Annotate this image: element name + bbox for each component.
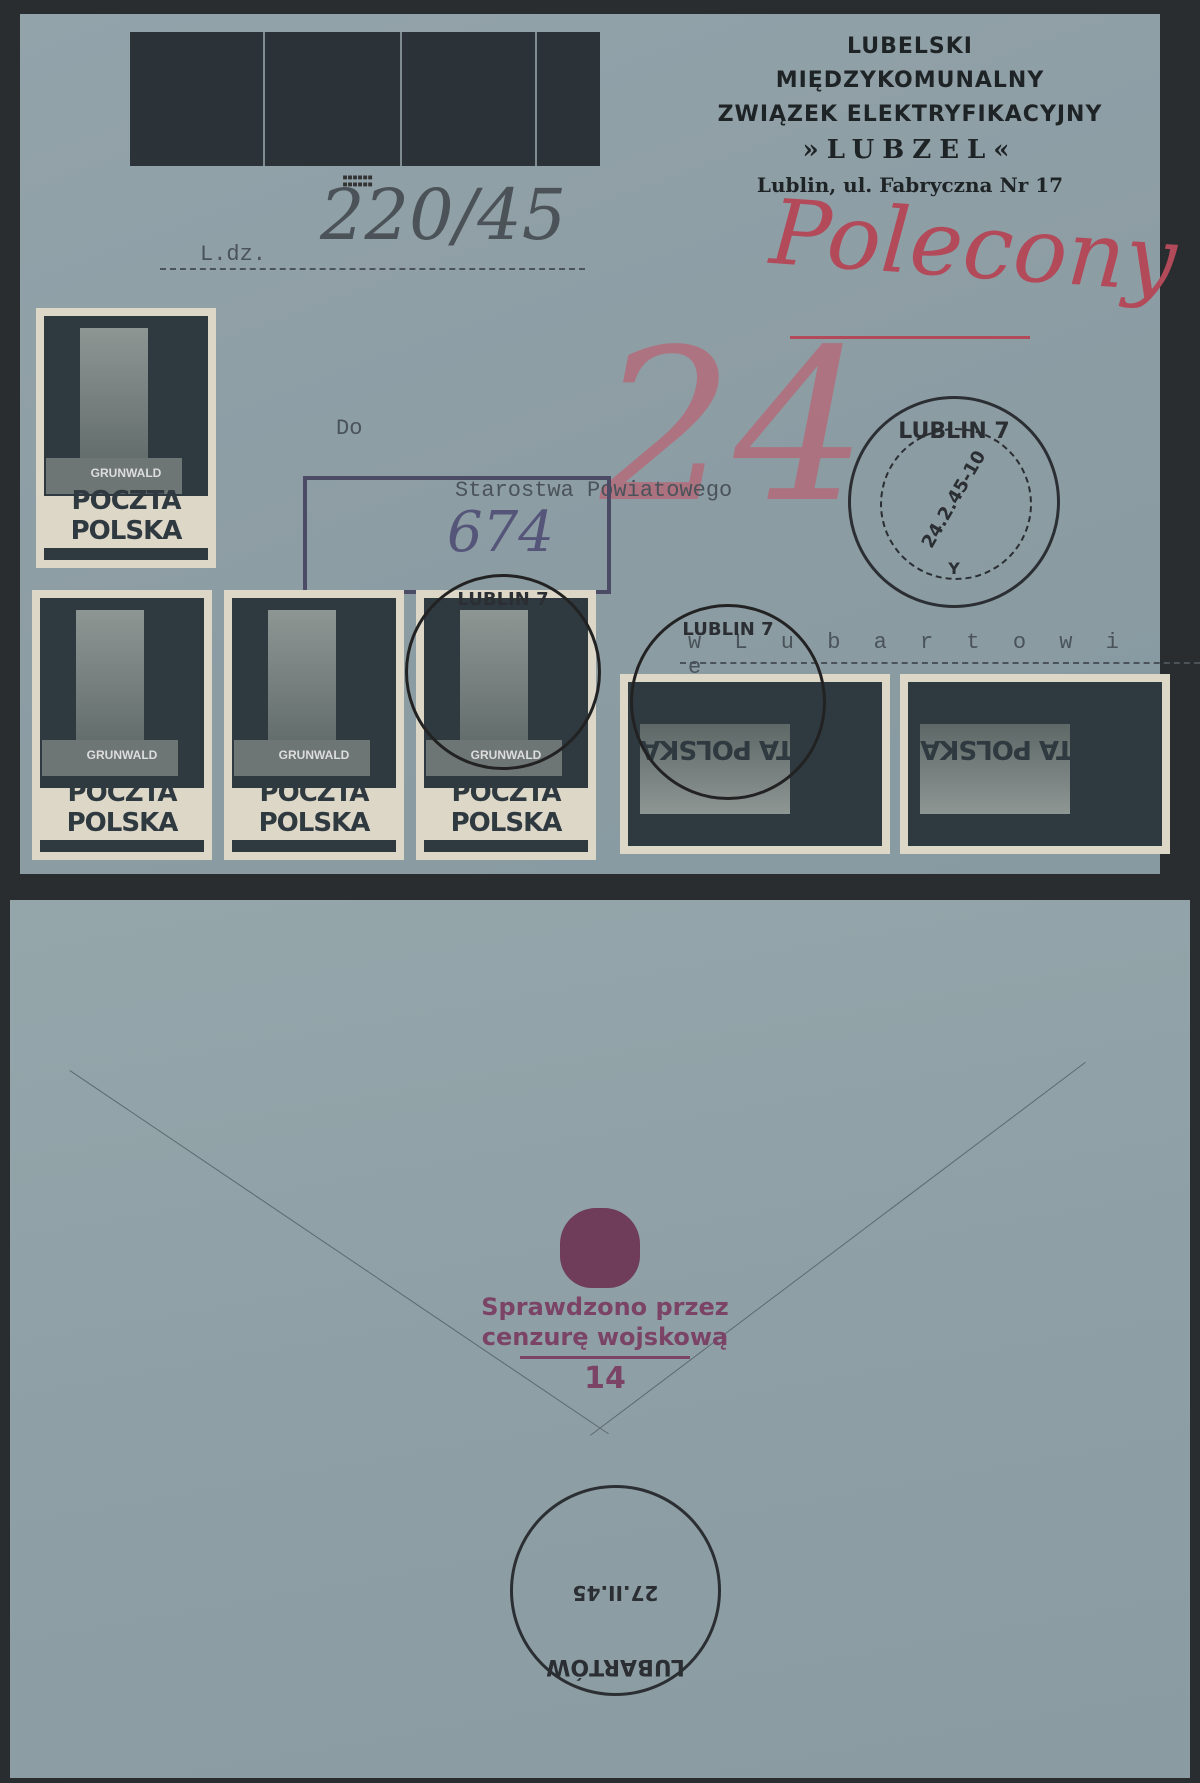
stamp-caption: GRUNWALD	[224, 748, 404, 762]
stamp-caption: GRUNWALD	[32, 748, 212, 762]
postage-stamp-rotated: 50 POCZTA POLSKA	[900, 674, 1170, 854]
registration-number: 674	[447, 500, 554, 565]
censor-stamp: Sprawdzono przez cenzurę wojskową 14	[480, 1292, 730, 1399]
letterhead: LUBELSKI MIĘDZYKOMUNALNY ZWIĄZEK ELEKTRY…	[710, 30, 1110, 202]
registered-handwritten: Polecony	[767, 180, 1180, 313]
letterhead-line-2: ZWIĄZEK ELEKTRYFIKACYJNY	[710, 98, 1110, 132]
postmark-city: LUBLIN 7	[408, 589, 598, 610]
redacted-header-block	[130, 32, 600, 166]
reference-handwritten: 220/45	[320, 174, 566, 256]
stamp-denomination: 50	[163, 312, 202, 345]
stamp-country: POCZTA POLSKA	[900, 734, 1170, 764]
arrival-postmark-lubartow: LUBARTÓW 27.II.45	[510, 1485, 721, 1696]
divider	[535, 32, 537, 166]
stamp-bar	[44, 550, 208, 560]
postmark-on-stamp: LUBLIN 7	[405, 574, 601, 770]
registered-underline	[790, 336, 1030, 339]
reference-dashed-line	[160, 268, 585, 270]
stamp-bar	[424, 842, 588, 852]
stamp-denomination: 50	[159, 594, 198, 627]
censor-line-1: Sprawdzono przez	[480, 1292, 730, 1322]
postmark-city: LUBLIN 7	[851, 419, 1057, 444]
postmark-city: LUBLIN 7	[633, 619, 823, 640]
monument-image	[80, 328, 148, 478]
arrival-postmark-date: 27.II.45	[513, 1581, 718, 1605]
address-to: Do	[336, 416, 362, 441]
eagle-emblem-icon	[560, 1208, 640, 1288]
arrival-postmark-city: LUBARTÓW	[513, 1654, 718, 1679]
stamp-country: POCZTA POLSKA	[32, 778, 212, 838]
stamp-bar	[40, 842, 204, 852]
censor-number: 14	[480, 1359, 730, 1399]
stamp-denomination: 50	[837, 817, 876, 850]
divider	[400, 32, 402, 166]
censor-line-2: cenzurę wojskową	[480, 1322, 730, 1352]
stamp-country: POCZTA POLSKA	[416, 778, 596, 838]
monument-image	[268, 610, 336, 760]
postage-stamp: 50 50 GRUNWALD POCZTA POLSKA	[32, 590, 212, 860]
postmark-lublin: LUBLIN 7 24.2.45-10 Y	[848, 396, 1060, 608]
stamp-bar	[232, 842, 396, 852]
registration-box-stamp: 674	[303, 476, 611, 594]
stamp-country: POCZTA POLSKA	[224, 778, 404, 838]
postage-stamp: 50 50 GRUNWALD POCZTA POLSKA	[224, 590, 404, 860]
stamp-denomination: 50	[351, 594, 390, 627]
postmark-on-stamp: LUBLIN 7	[630, 604, 826, 800]
postage-stamp: 50 50 GRUNWALD POCZTA POLSKA	[36, 308, 216, 568]
monument-image	[76, 610, 144, 760]
stamp-country: POCZTA POLSKA	[36, 486, 216, 546]
envelope-front: ▪▪▪▪▪▪▪▪▪▪▪▪ LUBELSKI MIĘDZYKOMUNALNY ZW…	[20, 14, 1160, 874]
divider	[263, 32, 265, 166]
letterhead-line-1: LUBELSKI MIĘDZYKOMUNALNY	[710, 30, 1110, 98]
reference-label: L.dz.	[200, 242, 266, 267]
postmark-suffix: Y	[851, 559, 1057, 578]
red-crayon-mark: 24	[600, 304, 867, 549]
letterhead-company: »LUBZEL«	[710, 132, 1110, 168]
stamp-denomination: 50	[1117, 817, 1156, 850]
stamp-caption: GRUNWALD	[36, 466, 216, 480]
